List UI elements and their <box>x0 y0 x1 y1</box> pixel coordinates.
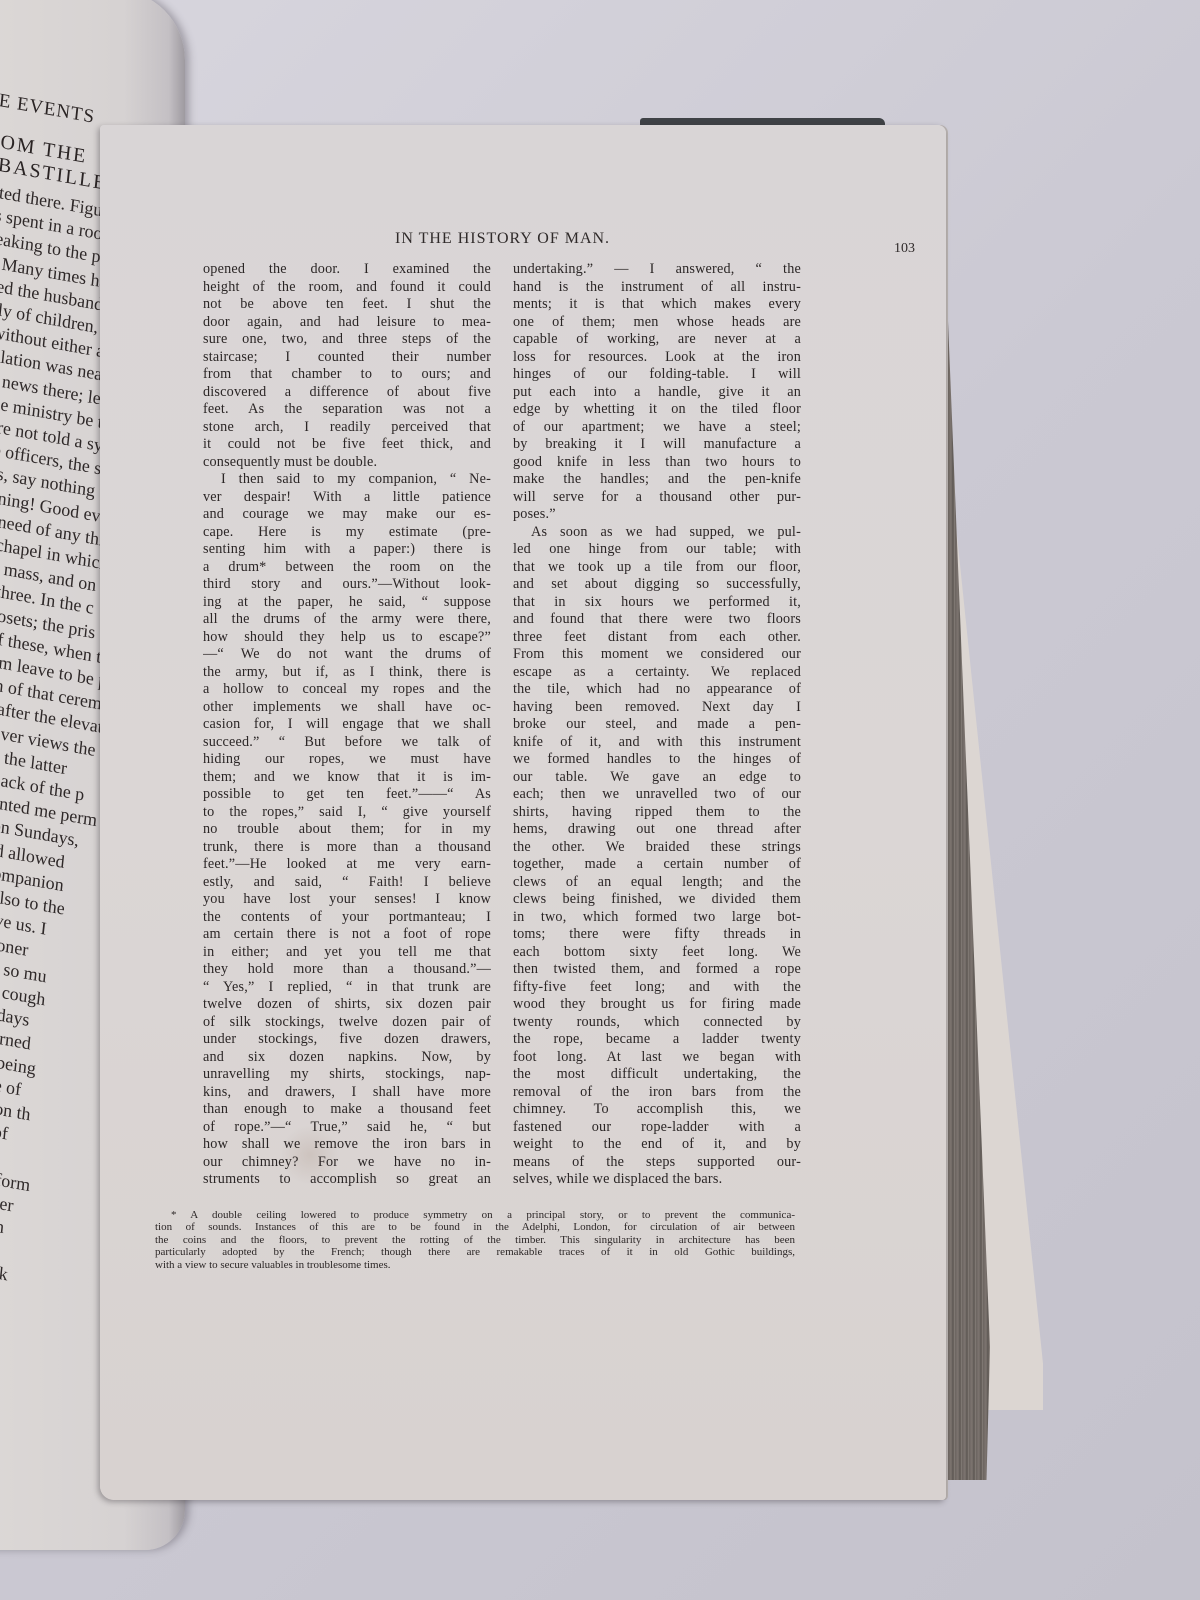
text-line: then twisted them, and formed a rope <box>513 961 801 979</box>
text-line: ments; it is that which makes every <box>513 296 801 314</box>
text-line: in two, which formed two large bot- <box>513 909 801 927</box>
footnote-line: particularly adopted by the French; thou… <box>155 1246 795 1259</box>
text-line: means of the steps supported our- <box>513 1154 801 1172</box>
text-line: sure one, two, and three steps of the <box>203 331 491 349</box>
text-line: succeed.” “ But before we talk of <box>203 734 491 752</box>
text-line: hinges of our folding-table. I will <box>513 366 801 384</box>
text-line: estly, and said, “ Faith! I believe <box>203 874 491 892</box>
text-line: twenty rounds, which connected by <box>513 1014 801 1032</box>
text-line: of our apartment; we have a steel; <box>513 419 801 437</box>
text-line: a hollow to conceal my ropes and the <box>203 681 491 699</box>
text-line: trunk, there is more than a thousand <box>203 839 491 857</box>
text-line: by breaking it I will manufacture a <box>513 436 801 454</box>
text-line: each; then we unravelled two of our <box>513 786 801 804</box>
text-line: our table. We gave an edge to <box>513 769 801 787</box>
text-line: ing at the paper, he said, “ suppose <box>203 594 491 612</box>
footnote: * A double ceiling lowered to produce sy… <box>155 1209 795 1272</box>
text-line: foot long. At last we began with <box>513 1049 801 1067</box>
text-line: feet.”—He looked at me very earn- <box>203 856 491 874</box>
text-line: one of them; men whose heads are <box>513 314 801 332</box>
footnote-line: * A double ceiling lowered to produce sy… <box>155 1209 795 1222</box>
text-line: led one hinge from our table; with <box>513 541 801 559</box>
text-line: weight to the end of it, and by <box>513 1136 801 1154</box>
text-line: struments to accomplish so great an <box>203 1171 491 1189</box>
text-line: fastened our rope-ladder with a <box>513 1119 801 1137</box>
text-line: capable of working, are never at a <box>513 331 801 349</box>
text-line: kins, and drawers, I shall have more <box>203 1084 491 1102</box>
text-line: undertaking.” — I answered, “ the <box>513 261 801 279</box>
page-number: 103 <box>894 241 915 257</box>
text-line: toms; there were fifty threads in <box>513 926 801 944</box>
text-line: cape. Here is my estimate (pre- <box>203 524 491 542</box>
text-line: our chimney? For we have no in- <box>203 1154 491 1172</box>
text-columns: opened the door. I examined theheight of… <box>195 261 905 1189</box>
text-line: wood they brought us for firing made <box>513 996 801 1014</box>
text-line: loss for resources. Look at the iron <box>513 349 801 367</box>
text-line: than enough to make a thousand feet <box>203 1101 491 1119</box>
text-line: knife of it, and with this instrument <box>513 734 801 752</box>
text-line: casion for, I will engage that we shall <box>203 716 491 734</box>
text-line: that we took up a tile from our floor, <box>513 559 801 577</box>
text-line: I then said to my companion, “ Ne- <box>203 471 491 489</box>
text-line: am certain there is not a foot of rope <box>203 926 491 944</box>
text-line: how shall we remove the iron bars in <box>203 1136 491 1154</box>
text-line: they hold more than a thousand.”— <box>203 961 491 979</box>
text-line: removal of the iron bars from the <box>513 1084 801 1102</box>
text-line: them; and we know that it is im- <box>203 769 491 787</box>
text-line: ver despair! With a little patience <box>203 489 491 507</box>
right-column: undertaking.” — I answered, “ thehand is… <box>513 261 801 1189</box>
right-page: IN THE HISTORY OF MAN. 103 opened the do… <box>100 125 946 1500</box>
text-line: feet. As the separation was not a <box>203 401 491 419</box>
text-line: —“ We do not want the drums of <box>203 646 491 664</box>
text-line: the rope, became a ladder twenty <box>513 1031 801 1049</box>
text-line: of rope.”—“ True,” said he, “ but <box>203 1119 491 1137</box>
text-line: clews of an equal length; and the <box>513 874 801 892</box>
text-line: the most difficult undertaking, the <box>513 1066 801 1084</box>
text-line: good knife in less than two hours to <box>513 454 801 472</box>
text-line: from that chamber to to ours; and <box>203 366 491 384</box>
text-line: and set about digging so successfully, <box>513 576 801 594</box>
text-line: three feet distant from each other. <box>513 629 801 647</box>
text-line: selves, while we displaced the bars. <box>513 1171 801 1189</box>
text-line: “ Yes,” I replied, “ in that trunk are <box>203 979 491 997</box>
text-line: broke our steel, and made a pen- <box>513 716 801 734</box>
text-line: edge by whetting it on the tiled floor <box>513 401 801 419</box>
text-line: the army, but if, as I think, there is <box>203 664 491 682</box>
text-line: how should they help us to escape?” <box>203 629 491 647</box>
text-line: senting him with a paper:) there is <box>203 541 491 559</box>
footnote-line: with a view to secure valuables in troub… <box>155 1259 795 1272</box>
text-line: other implements we shall have oc- <box>203 699 491 717</box>
running-head: IN THE HISTORY OF MAN. 103 <box>195 225 905 251</box>
text-line: the contents of your portmanteau; I <box>203 909 491 927</box>
text-line: poses.” <box>513 506 801 524</box>
text-line: to the ropes,” said I, “ give yourself <box>203 804 491 822</box>
text-line: all the drums of the army were there, <box>203 611 491 629</box>
text-line: under stockings, five dozen drawers, <box>203 1031 491 1049</box>
text-line: opened the door. I examined the <box>203 261 491 279</box>
text-line: shirts, having ripped them to the <box>513 804 801 822</box>
text-line: From this moment we considered our <box>513 646 801 664</box>
text-line: twelve dozen of shirts, six dozen pair <box>203 996 491 1014</box>
text-line: we formed handles to the hinges of <box>513 751 801 769</box>
text-line: hand is the instrument of all instru- <box>513 279 801 297</box>
text-line: no trouble about them; for in my <box>203 821 491 839</box>
text-line: will serve for a thousand other pur- <box>513 489 801 507</box>
text-line: not be above ten feet. I shut the <box>203 296 491 314</box>
footnote-line: the coins and the floors, to prevent the… <box>155 1234 795 1247</box>
text-line: hems, drawing out one thread after <box>513 821 801 839</box>
text-line: As soon as we had supped, we pul- <box>513 524 801 542</box>
text-line: height of the room, and found it could <box>203 279 491 297</box>
footnote-line: tion of sounds. Instances of this are to… <box>155 1221 795 1234</box>
text-line: chimney. To accomplish this, we <box>513 1101 801 1119</box>
text-line: it could not be five feet thick, and <box>203 436 491 454</box>
left-column: opened the door. I examined theheight of… <box>203 261 491 1189</box>
text-line: escape as a certainty. We replaced <box>513 664 801 682</box>
text-line: clews being finished, we divided them <box>513 891 801 909</box>
text-line: a drum* between the room on the <box>203 559 491 577</box>
text-line: and six dozen napkins. Now, by <box>203 1049 491 1067</box>
running-title: IN THE HISTORY OF MAN. <box>395 230 610 248</box>
text-line: together, made a certain number of <box>513 856 801 874</box>
text-line: and courage we may make our es- <box>203 506 491 524</box>
text-line: put each into a handle, give it an <box>513 384 801 402</box>
text-line: third story and ours.”—Without look- <box>203 576 491 594</box>
text-line: consequently must be double. <box>203 454 491 472</box>
text-line: discovered a difference of about five <box>203 384 491 402</box>
text-line: door again, and had leisure to mea- <box>203 314 491 332</box>
text-line: you have lost your senses! I know <box>203 891 491 909</box>
text-line: in either; and yet you tell me that <box>203 944 491 962</box>
text-line: that in six hours we performed it, <box>513 594 801 612</box>
text-line: hiding our ropes, we must have <box>203 751 491 769</box>
text-line: staircase; I counted their number <box>203 349 491 367</box>
text-line: the other. We braided these strings <box>513 839 801 857</box>
text-line: stone arch, I readily perceived that <box>203 419 491 437</box>
text-line: possible to get ten feet.”——“ As <box>203 786 491 804</box>
text-line: make the handles; and the pen-knife <box>513 471 801 489</box>
text-line: and found that there were two floors <box>513 611 801 629</box>
text-line: fifty-five feet long; and with the <box>513 979 801 997</box>
text-line: the tile, which had no appearance of <box>513 681 801 699</box>
text-line: unravelling my shirts, stockings, nap- <box>203 1066 491 1084</box>
text-line: of silk stockings, twelve dozen pair of <box>203 1014 491 1032</box>
text-line: having been removed. Next day I <box>513 699 801 717</box>
text-line: each bottom sixty feet long. We <box>513 944 801 962</box>
